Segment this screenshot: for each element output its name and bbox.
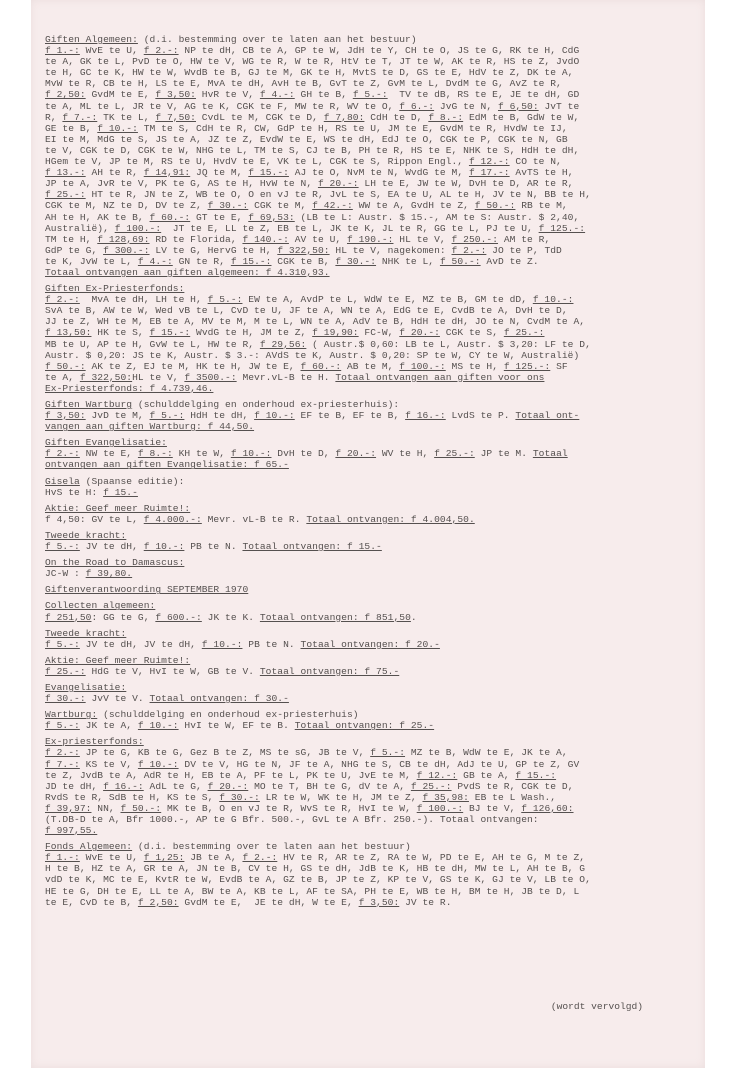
text: AJ te O, NvM te N, WvdG te M, xyxy=(289,167,469,178)
text: te H, GC te K, HW te W, WvdB te B, GJ te… xyxy=(45,67,573,78)
text-line: te E, CvD te B, f 2,50: GvdM te E, JE te… xyxy=(45,897,695,908)
text-line: GdP te G, f 300.-: LV te G, HervG te H, … xyxy=(45,245,695,256)
underlined-text: f 100.-: xyxy=(399,361,445,372)
text: (d.i. bestemming over te laten aan het b… xyxy=(138,34,417,45)
underlined-text: Totaal ontvangen aan giften algemeen: f … xyxy=(45,267,330,278)
text: (T.DB-D te A, Bfr 1000.-, AP te G Bfr. 5… xyxy=(45,814,539,825)
underlined-text: f 2,50: xyxy=(45,89,86,100)
section-evangelisatie-sep: Evangelisatie:f 30.-: JvV te V. Totaal o… xyxy=(45,682,695,704)
text: PB te N. xyxy=(184,541,242,552)
underlined-text: f 25.-: xyxy=(434,448,475,459)
underlined-text: f 3,50: xyxy=(155,89,196,100)
text: (schulddelging en onderhoud ex-priesterh… xyxy=(97,709,358,720)
section-heading-line: Giftenverantwoording SEPTEMBER 1970 xyxy=(45,584,695,595)
text: WvE te U, xyxy=(80,45,144,56)
section-heading-line: On the Road to Damascus: xyxy=(45,557,695,568)
text-line: MB te U, AP te H, GvW te L, HW te R, f 2… xyxy=(45,339,695,350)
underlined-text: f 19,90: xyxy=(312,327,358,338)
underlined-text: Totaal ontvangen: f 25.- xyxy=(295,720,434,731)
underlined-text: f 50.-: xyxy=(45,361,86,372)
underlined-text: f 12.-: xyxy=(417,770,458,781)
text: te A, xyxy=(45,372,80,383)
section-heading-line: Giften Evangelisatie: xyxy=(45,437,695,448)
underlined-text: f 15.-: xyxy=(515,770,556,781)
text-line: RvdS te R, SdB te H, KS te S, f 30.-: LR… xyxy=(45,792,695,803)
underlined-text: Ex-Priesterfonds: f 4.739,46. xyxy=(45,383,213,394)
typewritten-document: Giften Algemeen: (d.i. bestemming over t… xyxy=(45,34,695,913)
underlined-text: f 2.-: xyxy=(242,852,277,863)
text: GE te B, xyxy=(45,123,97,134)
text: GdP te G, xyxy=(45,245,103,256)
text: (d.i. bestemming over te laten aan het b… xyxy=(132,841,411,852)
underlined-text: f 25.-: xyxy=(45,666,86,677)
section-aktie-ruimte: Aktie: Geef meer Ruimte!:f 4,50: GV te L… xyxy=(45,503,695,525)
text: JV te R. xyxy=(399,897,451,908)
text: AvTS te H, xyxy=(510,167,574,178)
text-line: f 7.-: KS te V, f 10.-: DV te V, HG te N… xyxy=(45,759,695,770)
text: BJ te V, xyxy=(463,803,521,814)
text: JV te dH, xyxy=(80,541,144,552)
text: HT te R, JN te Z, WB te O, O en vJ te R,… xyxy=(86,189,591,200)
underlined-text: f 128,69: xyxy=(97,234,149,245)
underlined-text: f 13,50: xyxy=(45,327,91,338)
section-heading-line: Wartburg: (schulddelging en onderhoud ex… xyxy=(45,709,695,720)
section-heading-line: Giften Ex-Priesterfonds: xyxy=(45,283,695,294)
text: CvdL te M, CGK te D, xyxy=(196,112,324,123)
text-line: f 251,50: GG te G, f 600.-: JK te K. Tot… xyxy=(45,612,695,623)
text: HK te S, xyxy=(91,327,149,338)
underlined-text: f 13.-: xyxy=(45,167,86,178)
underlined-text: f 5.-: xyxy=(208,294,243,305)
underlined-text: f 250.-: xyxy=(452,234,498,245)
underlined-text: f 12.-: xyxy=(469,156,510,167)
text: LvdS te P. xyxy=(446,410,516,421)
section-ex-priesterfonds-sep: Ex-priesterfonds:f 2.-: JP te G, KB te G… xyxy=(45,736,695,836)
text-line: f 2.-: MvA te dH, LH te H, f 5.-: EW te … xyxy=(45,294,695,305)
underlined-text: Aktie: Geef meer Ruimte!: xyxy=(45,655,190,666)
text: JC-W : xyxy=(45,568,86,579)
text: JvD te M, xyxy=(86,410,150,421)
underlined-text: f 10.-: xyxy=(231,448,272,459)
text-line: f 50.-: AK te Z, EJ te M, HK te H, JW te… xyxy=(45,361,695,372)
text-line: f 1.-: WvE te U, f 2.-: NP te dH, CB te … xyxy=(45,45,695,56)
section-fonds-algemeen: Fonds Algemeen: (d.i. bestemming over te… xyxy=(45,841,695,908)
text: AB te M, xyxy=(341,361,399,372)
underlined-text: f 7.-: xyxy=(62,112,97,123)
underlined-text: f 3,50: xyxy=(359,897,400,908)
section-giften-evangelisatie: Giften Evangelisatie:f 2.-: NW te E, f 8… xyxy=(45,437,695,470)
underlined-text: f 60.-: xyxy=(150,212,191,223)
underlined-text: f 30.-: xyxy=(219,792,260,803)
underlined-text: f 300.-: xyxy=(103,245,149,256)
continuation-note: (wordt vervolgd) xyxy=(551,1001,643,1012)
text: AK te Z, EJ te M, HK te H, JW te E, xyxy=(86,361,301,372)
underlined-text: f 2.-: xyxy=(45,448,80,459)
text: AH te R, xyxy=(86,167,144,178)
underlined-text: f 50.-: xyxy=(440,256,481,267)
text: WvE te U, xyxy=(80,852,144,863)
section-giften-algemeen: Giften Algemeen: (d.i. bestemming over t… xyxy=(45,34,695,278)
text-line: ontvangen aan giften Evangelisatie: f 65… xyxy=(45,459,695,470)
underlined-text: f 1.-: xyxy=(45,45,80,56)
underlined-text: f 4.-: xyxy=(260,89,295,100)
underlined-text: f 20.-: xyxy=(208,781,249,792)
text: : GG te G, xyxy=(91,612,155,623)
text: WV te H, xyxy=(376,448,434,459)
text: (Spaanse editie): xyxy=(80,476,185,487)
text: f 4,50: GV te L, xyxy=(45,514,144,525)
underlined-text: f 5.-: xyxy=(45,639,80,650)
text: MK te B, O en vJ te R, WvS te R, HvI te … xyxy=(161,803,417,814)
underlined-text: f 4.-: xyxy=(138,256,173,267)
underlined-text: f 39,80. xyxy=(86,568,132,579)
underlined-text: f 126,60: xyxy=(521,803,573,814)
text-line: f 997,55. xyxy=(45,825,695,836)
section-tweede-kracht: Tweede kracht:f 5.-: JV te dH, f 10.-: P… xyxy=(45,530,695,552)
text-line: JD te dH, f 16.-: AdL te G, f 20.-: MO t… xyxy=(45,781,695,792)
underlined-text: Totaal ontvangen: f 20.- xyxy=(301,639,440,650)
text: JV te dH, JV te dH, xyxy=(80,639,202,650)
section-aktie-ruimte-sep: Aktie: Geef meer Ruimte!:f 25.-: HdG te … xyxy=(45,655,695,677)
underlined-text: Totaal ontvangen: f 851,50 xyxy=(260,612,411,623)
underlined-text: f 20.-: xyxy=(399,327,440,338)
text-line: f 5.-: JV te dH, f 10.-: PB te N. Totaal… xyxy=(45,541,695,552)
underlined-text: ontvangen aan giften Evangelisatie: f 65… xyxy=(45,459,289,470)
text: JO te P, TdD xyxy=(486,245,562,256)
section-giften-ex-priesterfonds: Giften Ex-Priesterfonds:f 2.-: MvA te dH… xyxy=(45,283,695,394)
text: SF xyxy=(550,361,567,372)
section-heading-line: Giften Algemeen: (d.i. bestemming over t… xyxy=(45,34,695,45)
text-line: te A, GK te L, PvD te O, HW te V, WG te … xyxy=(45,56,695,67)
text: DvH te D, xyxy=(272,448,336,459)
underlined-text: Giftenverantwoording SEPTEMBER 1970 xyxy=(45,584,248,595)
underlined-text: Totaal ontvangen aan giften voor ons xyxy=(335,372,544,383)
text: GT te E, xyxy=(190,212,248,223)
text: GvdM te E, JE te dH, W te E, xyxy=(179,897,359,908)
text-line: f 2.-: NW te E, f 8.-: KH te W, f 10.-: … xyxy=(45,448,695,459)
underlined-text: vangen aan giften Wartburg: f 44,50. xyxy=(45,421,254,432)
text: HL te V, xyxy=(132,372,184,383)
text: SvA te B, AW te W, Wed vB te L, CvD te U… xyxy=(45,305,568,316)
underlined-text: f 2.-: xyxy=(45,747,80,758)
text-line: SvA te B, AW te W, Wed vB te L, CvD te U… xyxy=(45,305,695,316)
text-line: f 1.-: WvE te U, f 1,25: JB te A, f 2.-:… xyxy=(45,852,695,863)
underlined-text: f 5.-: xyxy=(353,89,388,100)
underlined-text: Wartburg: xyxy=(45,709,97,720)
section-giften-wartburg: Giften Wartburg (schulddelging en onderh… xyxy=(45,399,695,432)
text: EF te B, EF te B, xyxy=(295,410,405,421)
text: Austr. $ 0,20: JS te K, Austr. $ 3.-: AV… xyxy=(45,350,579,361)
text: JvV te V. xyxy=(86,693,150,704)
underlined-text: f 42.-: xyxy=(312,200,353,211)
text: DV te V, HG te N, JF te A, NHG te S, CB … xyxy=(179,759,580,770)
text: ( Austr.$ 0,60: LB te L, Austr. $ 3,20: … xyxy=(306,339,591,350)
underlined-text: f 1,25: xyxy=(144,852,185,863)
underlined-text: f 100.-: xyxy=(417,803,463,814)
text-line: te K, JvW te L, f 4.-: GN te R, f 15.-: … xyxy=(45,256,695,267)
underlined-text: f 125.-: xyxy=(539,223,585,234)
underlined-text: f 25.-: xyxy=(411,781,452,792)
text: HL te V, xyxy=(393,234,451,245)
text-line: EI te M, MdG te S, JS te A, JZ te Z, Evd… xyxy=(45,134,695,145)
text-line: f 13,50: HK te S, f 15.-: WvdG te H, JM … xyxy=(45,327,695,338)
text: AvD te Z. xyxy=(481,256,539,267)
text: JB te A, xyxy=(184,852,242,863)
underlined-text: f 100.-: xyxy=(115,223,161,234)
section-collecten: Collecten algemeen:f 251,50: GG te G, f … xyxy=(45,600,695,622)
text: te K, JvW te L, xyxy=(45,256,138,267)
text-line: vdD te K, MC te E, KvtR te W, EvdB te A,… xyxy=(45,874,695,885)
underlined-text: f 125.-: xyxy=(504,361,550,372)
underlined-text: f 17.-: xyxy=(469,167,510,178)
underlined-text: f 8.-: xyxy=(428,112,463,123)
text: JT te E, LL te Z, EB te L, JK te K, JL t… xyxy=(161,223,538,234)
underlined-text: f 16.-: xyxy=(103,781,144,792)
underlined-text: f 50.-: xyxy=(121,803,162,814)
underlined-text: Totaal ontvangen: f 75.- xyxy=(260,666,399,677)
underlined-text: f 16.-: xyxy=(405,410,446,421)
text: JP te M. xyxy=(475,448,533,459)
text: HdH te dH, xyxy=(184,410,254,421)
text-line: Totaal ontvangen aan giften algemeen: f … xyxy=(45,267,695,278)
section-heading-line: Giften Wartburg (schulddelging en onderh… xyxy=(45,399,695,410)
text: PB te N. xyxy=(242,639,300,650)
text: CGK te B, xyxy=(272,256,336,267)
text-line: vangen aan giften Wartburg: f 44,50. xyxy=(45,421,695,432)
text-line: JP te A, JvR te V, PK te G, AS te H, HvW… xyxy=(45,178,695,189)
text: HdG te V, HvI te W, GB te V. xyxy=(86,666,260,677)
text: (LB te L: Austr. $ 15.-, AM te S: Austr.… xyxy=(295,212,580,223)
section-heading-line: Fonds Algemeen: (d.i. bestemming over te… xyxy=(45,841,695,852)
underlined-text: f 50.-: xyxy=(475,200,516,211)
underlined-text: f 7,80: xyxy=(324,112,365,123)
underlined-text: On the Road to Damascus: xyxy=(45,557,184,568)
text: LR te W, WK te H, JM te Z, xyxy=(260,792,423,803)
text: AH te H, AK te B, xyxy=(45,212,150,223)
section-september-header: Giftenverantwoording SEPTEMBER 1970 xyxy=(45,584,695,595)
text: R, xyxy=(45,112,62,123)
text: JP te G, KB te G, Gez B te Z, MS te sG, … xyxy=(80,747,370,758)
underlined-text: f 69,53: xyxy=(248,212,294,223)
text: RD te Florida, xyxy=(150,234,243,245)
underlined-text: f 5.-: xyxy=(45,541,80,552)
underlined-text: f 997,55. xyxy=(45,825,97,836)
underlined-text: f 10.-: xyxy=(138,759,179,770)
text-line: f 2.-: JP te G, KB te G, Gez B te Z, MS … xyxy=(45,747,695,758)
text: te E, CvD te B, xyxy=(45,897,138,908)
text-line: f 3,50: JvD te M, f 5.-: HdH te dH, f 10… xyxy=(45,410,695,421)
underlined-text: f 10.-: xyxy=(138,720,179,731)
text: HvS te H: xyxy=(45,487,103,498)
text: HvI te W, EF te B. xyxy=(179,720,295,731)
section-tweede-kracht-sep: Tweede kracht:f 5.-: JV te dH, JV te dH,… xyxy=(45,628,695,650)
text: MS te H, xyxy=(446,361,504,372)
underlined-text: f 15.-: xyxy=(150,327,191,338)
text: FC-W, xyxy=(359,327,400,338)
text: JQ te M, xyxy=(190,167,248,178)
text: MvW te R, CB te H, LS te E, MvA te dH, A… xyxy=(45,78,562,89)
text: LV te G, HervG te H, xyxy=(150,245,278,256)
text: CdH te D, xyxy=(364,112,428,123)
text-line: f 5.-: JK te A, f 10.-: HvI te W, EF te … xyxy=(45,720,695,731)
text-line: AH te H, AK te B, f 60.-: GT te E, f 69,… xyxy=(45,212,695,223)
section-heading-line: Evangelisatie: xyxy=(45,682,695,693)
section-heading-line: Aktie: Geef meer Ruimte!: xyxy=(45,503,695,514)
underlined-text: f 30.-: xyxy=(45,693,86,704)
text: NHK te L, xyxy=(376,256,440,267)
underlined-text: f 190.-: xyxy=(347,234,393,245)
underlined-text: f 20.-: xyxy=(318,178,359,189)
text: PvdS te R, CGK te D, xyxy=(452,781,574,792)
underlined-text: Gisela xyxy=(45,476,80,487)
underlined-text: f 39,97: xyxy=(45,803,91,814)
underlined-text: f 3500.-: xyxy=(184,372,236,383)
text: TK te L, xyxy=(97,112,155,123)
text-line: R, f 7.-: TK te L, f 7,50: CvdL te M, CG… xyxy=(45,112,695,123)
underlined-text: Evangelisatie: xyxy=(45,682,126,693)
text: TM te H, xyxy=(45,234,97,245)
text: TV te dB, RS te E, JE te dH, GD xyxy=(388,89,580,100)
text: JK te K. xyxy=(202,612,260,623)
underlined-text: Giften Wartburg xyxy=(45,399,132,410)
underlined-text: f 25.-: xyxy=(45,189,86,200)
text: EdM te B, GdW te W, xyxy=(463,112,579,123)
text-line: Ex-Priesterfonds: f 4.739,46. xyxy=(45,383,695,394)
text: LH te E, JW te W, DvH te D, AR te R, xyxy=(359,178,574,189)
section-heading-line: Tweede kracht: xyxy=(45,530,695,541)
text-line: f 30.-: JvV te V. Totaal ontvangen: f 30… xyxy=(45,693,695,704)
underlined-text: f 1.-: xyxy=(45,852,80,863)
text: NN, xyxy=(91,803,120,814)
underlined-text: f 30.-: xyxy=(335,256,376,267)
underlined-text: Ex-priesterfonds: xyxy=(45,736,144,747)
underlined-text: Collecten algemeen: xyxy=(45,600,155,611)
section-heading-line: Gisela (Spaanse editie): xyxy=(45,476,695,487)
underlined-text: f 2.-: xyxy=(45,294,80,305)
text: MO te T, BH te G, dV te A, xyxy=(248,781,411,792)
underlined-text: Fonds Algemeen: xyxy=(45,841,132,852)
text: JK te A, xyxy=(80,720,138,731)
text: AV te U, xyxy=(289,234,347,245)
text-line: f 39,97: NN, f 50.-: MK te B, O en vJ te… xyxy=(45,803,695,814)
text-line: te Z, JvdB te A, AdR te H, EB te A, PF t… xyxy=(45,770,695,781)
underlined-text: Totaal ontvangen: f 4.004,50. xyxy=(306,514,474,525)
underlined-text: f 4.000.-: xyxy=(144,514,202,525)
underlined-text: f 10.-: xyxy=(144,541,185,552)
underlined-text: f 7,50: xyxy=(155,112,196,123)
underlined-text: Aktie: Geef meer Ruimte!: xyxy=(45,503,190,514)
underlined-text: f 322,50: xyxy=(80,372,132,383)
text-line: JC-W : f 39,80. xyxy=(45,568,695,579)
text: (schulddelging en onderhoud ex-priesterh… xyxy=(132,399,399,410)
text: vdD te K, MC te E, KvtR te W, EvdB te A,… xyxy=(45,874,591,885)
underlined-text: f 5.-: xyxy=(150,410,185,421)
underlined-text: f 35,98: xyxy=(422,792,468,803)
text: GH te B, xyxy=(295,89,353,100)
underlined-text: f 15.-: xyxy=(231,256,272,267)
text: te V, CGK te D, CGK te W, NHG te L, TM t… xyxy=(45,145,579,156)
underlined-text: f 15.- xyxy=(103,487,138,498)
underlined-text: f 20.-: xyxy=(335,448,376,459)
underlined-text: f 3,50: xyxy=(45,410,86,421)
text: RvdS te R, SdB te H, KS te S, xyxy=(45,792,219,803)
underlined-text: f 2.-: xyxy=(452,245,487,256)
section-heading-line: Tweede kracht: xyxy=(45,628,695,639)
text: HE te G, DH te E, LL te A, BW te A, KB t… xyxy=(45,886,579,897)
text: KS te V, xyxy=(80,759,138,770)
underlined-text: Totaal ontvangen: f 15.- xyxy=(242,541,381,552)
text: HvR te V, xyxy=(196,89,260,100)
text: MB te U, AP te H, GvW te L, HW te R, xyxy=(45,339,260,350)
text-line: te A, f 322,50:HL te V, f 3500.-: Mevr.v… xyxy=(45,372,695,383)
text: GN te R, xyxy=(173,256,231,267)
text: JD te dH, xyxy=(45,781,103,792)
underlined-text: f 10.-: xyxy=(533,294,574,305)
underlined-text: f 10.-: xyxy=(97,123,138,134)
underlined-text: f 5.-: xyxy=(45,720,80,731)
text-line: f 25.-: HdG te V, HvI te W, GB te V. Tot… xyxy=(45,666,695,677)
text: MvA te dH, LH te H, xyxy=(80,294,208,305)
text: GvdM te E, xyxy=(86,89,156,100)
text-line: MvW te R, CB te H, LS te E, MvA te dH, A… xyxy=(45,78,695,89)
text-line: Australië), f 100.-: JT te E, LL te Z, E… xyxy=(45,223,695,234)
text: WvdG te H, JM te Z, xyxy=(190,327,312,338)
text: EI te M, MdG te S, JS te A, JZ te Z, Evd… xyxy=(45,134,568,145)
underlined-text: f 6,50: xyxy=(498,101,539,112)
text: JvG te N, xyxy=(434,101,498,112)
section-wartburg-sep: Wartburg: (schulddelging en onderhoud ex… xyxy=(45,709,695,731)
underlined-text: f 14,91: xyxy=(144,167,190,178)
text: KH te W, xyxy=(173,448,231,459)
text: Australië), xyxy=(45,223,115,234)
underlined-text: f 251,50 xyxy=(45,612,91,623)
text-line: f 4,50: GV te L, f 4.000.-: Mevr. vL-B t… xyxy=(45,514,695,525)
underlined-text: f 60.-: xyxy=(301,361,342,372)
text-line: te H, GC te K, HW te W, WvdB te B, GJ te… xyxy=(45,67,695,78)
section-heading-line: Ex-priesterfonds: xyxy=(45,736,695,747)
text-line: f 2,50: GvdM te E, f 3,50: HvR te V, f 4… xyxy=(45,89,695,100)
underlined-text: Totaal ont- xyxy=(515,410,579,421)
text: te A, ML te L, JR te V, AG te K, CGK te … xyxy=(45,101,399,112)
underlined-text: f 140.-: xyxy=(242,234,288,245)
text-line: CGK te M, NZ te D, DV te Z, f 30.-: CGK … xyxy=(45,200,695,211)
text: EB te L Wash., xyxy=(469,792,556,803)
underlined-text: Totaal ontvangen: f 30.- xyxy=(150,693,289,704)
text-line: f 5.-: JV te dH, JV te dH, f 10.-: PB te… xyxy=(45,639,695,650)
text: HL te V, nagekomen: xyxy=(330,245,452,256)
text: TM te S, CdH te R, CW, GdP te H, RS te U… xyxy=(138,123,568,134)
text: HGem te V, JP te M, RS te U, HvdV te E, … xyxy=(45,156,469,167)
text: WW te A, GvdH te Z, xyxy=(353,200,475,211)
underlined-text: f 322,50: xyxy=(277,245,329,256)
text-line: H te B, HZ te A, GR te A, JN te B, CV te… xyxy=(45,863,695,874)
text-line: Austr. $ 0,20: JS te K, Austr. $ 3.-: AV… xyxy=(45,350,695,361)
text-line: f 13.-: AH te R, f 14,91: JQ te M, f 15.… xyxy=(45,167,695,178)
text: Mevr. vL-B te R. xyxy=(202,514,307,525)
underlined-text: f 5.-: xyxy=(370,747,405,758)
underlined-text: Tweede kracht: xyxy=(45,530,126,541)
text: H te B, HZ te A, GR te A, JN te B, CV te… xyxy=(45,863,585,874)
text: NP te dH, CB te A, GP te W, JdH te Y, CH… xyxy=(179,45,580,56)
text: MZ te B, WdW te E, JK te A, xyxy=(405,747,568,758)
text-line: te A, ML te L, JR te V, AG te K, CGK te … xyxy=(45,101,695,112)
text: CGK te M, NZ te D, DV te Z, xyxy=(45,200,208,211)
underlined-text: Giften Algemeen: xyxy=(45,34,138,45)
text: te A, GK te L, PvD te O, HW te V, WG te … xyxy=(45,56,579,67)
text: JP te A, JvR te V, PK te G, AS te H, HvW… xyxy=(45,178,318,189)
underlined-text: f 10.-: xyxy=(202,639,243,650)
text: JJ te Z, WH te M, EB te A, MV te M, M te… xyxy=(45,316,585,327)
